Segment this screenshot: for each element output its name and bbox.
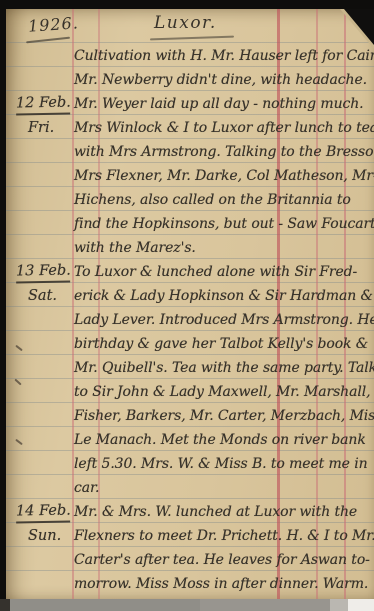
diary-line: with Mrs Armstrong. Talking to the Bress…	[74, 144, 374, 160]
diary-page: 1926. Luxor. Cultivation with H. Mr. Hau…	[6, 9, 374, 599]
page-corner-dogear	[344, 9, 374, 45]
diary-line: Mr. Weyer laid up all day - nothing much…	[74, 96, 364, 112]
diary-line: Fisher, Barkers, Mr. Carter, Merzbach, M…	[74, 408, 374, 424]
entry-date-label: 12 Feb.	[16, 95, 70, 116]
desk-surface-edge	[0, 599, 374, 611]
diary-line: Mr. Newberry didn't dine, with headache.	[74, 72, 367, 88]
diary-line: Mrs Winlock & I to Luxor after lunch to …	[74, 120, 374, 136]
diary-line: Le Manach. Met the Monds on river bank	[74, 432, 366, 448]
diary-line: Hichens, also called on the Britannia to	[74, 192, 351, 208]
diary-line: Carter's after tea. He leaves for Aswan …	[74, 552, 370, 568]
entry-date-label: 14 Feb.	[16, 503, 70, 524]
diary-line: left 5.30. Mrs. W. & Miss B. to meet me …	[74, 456, 368, 472]
diary-line: to Sir John & Lady Maxwell, Mr. Marshall…	[74, 384, 374, 400]
entry-day-label: Sun.	[28, 528, 61, 544]
diary-photo: 1926. Luxor. Cultivation with H. Mr. Hau…	[0, 0, 374, 611]
diary-line: Lady Lever. Introduced Mrs Armstrong. He…	[74, 312, 374, 328]
year-label: 1926.	[27, 13, 79, 35]
diary-line: birthday & gave her Talbot Kelly's book …	[74, 336, 368, 352]
diary-line: Mrs Flexner, Mr. Darke, Col Matheson, Mr…	[74, 168, 374, 184]
diary-line: erick & Lady Hopkinson & Sir Hardman &	[74, 288, 373, 304]
diary-line: car.	[74, 480, 99, 496]
title-underline	[150, 36, 234, 40]
diary-line: Mr. & Mrs. W. lunched at Luxor with the	[74, 504, 357, 520]
entry-day-label: Fri.	[28, 120, 54, 136]
diary-line: Mr. Quibell's. Tea with the same party. …	[74, 360, 374, 376]
page-title: Luxor.	[154, 13, 217, 33]
entry-day-label: Sat.	[28, 288, 57, 304]
diary-line: To Luxor & lunched alone with Sir Fred-	[74, 264, 357, 280]
diary-line: morrow. Miss Moss in after dinner. Warm.	[74, 576, 368, 592]
diary-line: with the Marez's.	[74, 240, 196, 256]
diary-line: find the Hopkinsons, but out - Saw Fouca…	[74, 216, 374, 232]
diary-line: Flexners to meet Dr. Prichett. H. & I to…	[74, 528, 374, 544]
entry-date-label: 13 Feb.	[16, 263, 70, 284]
diary-line: Cultivation with H. Mr. Hauser left for …	[74, 48, 374, 64]
